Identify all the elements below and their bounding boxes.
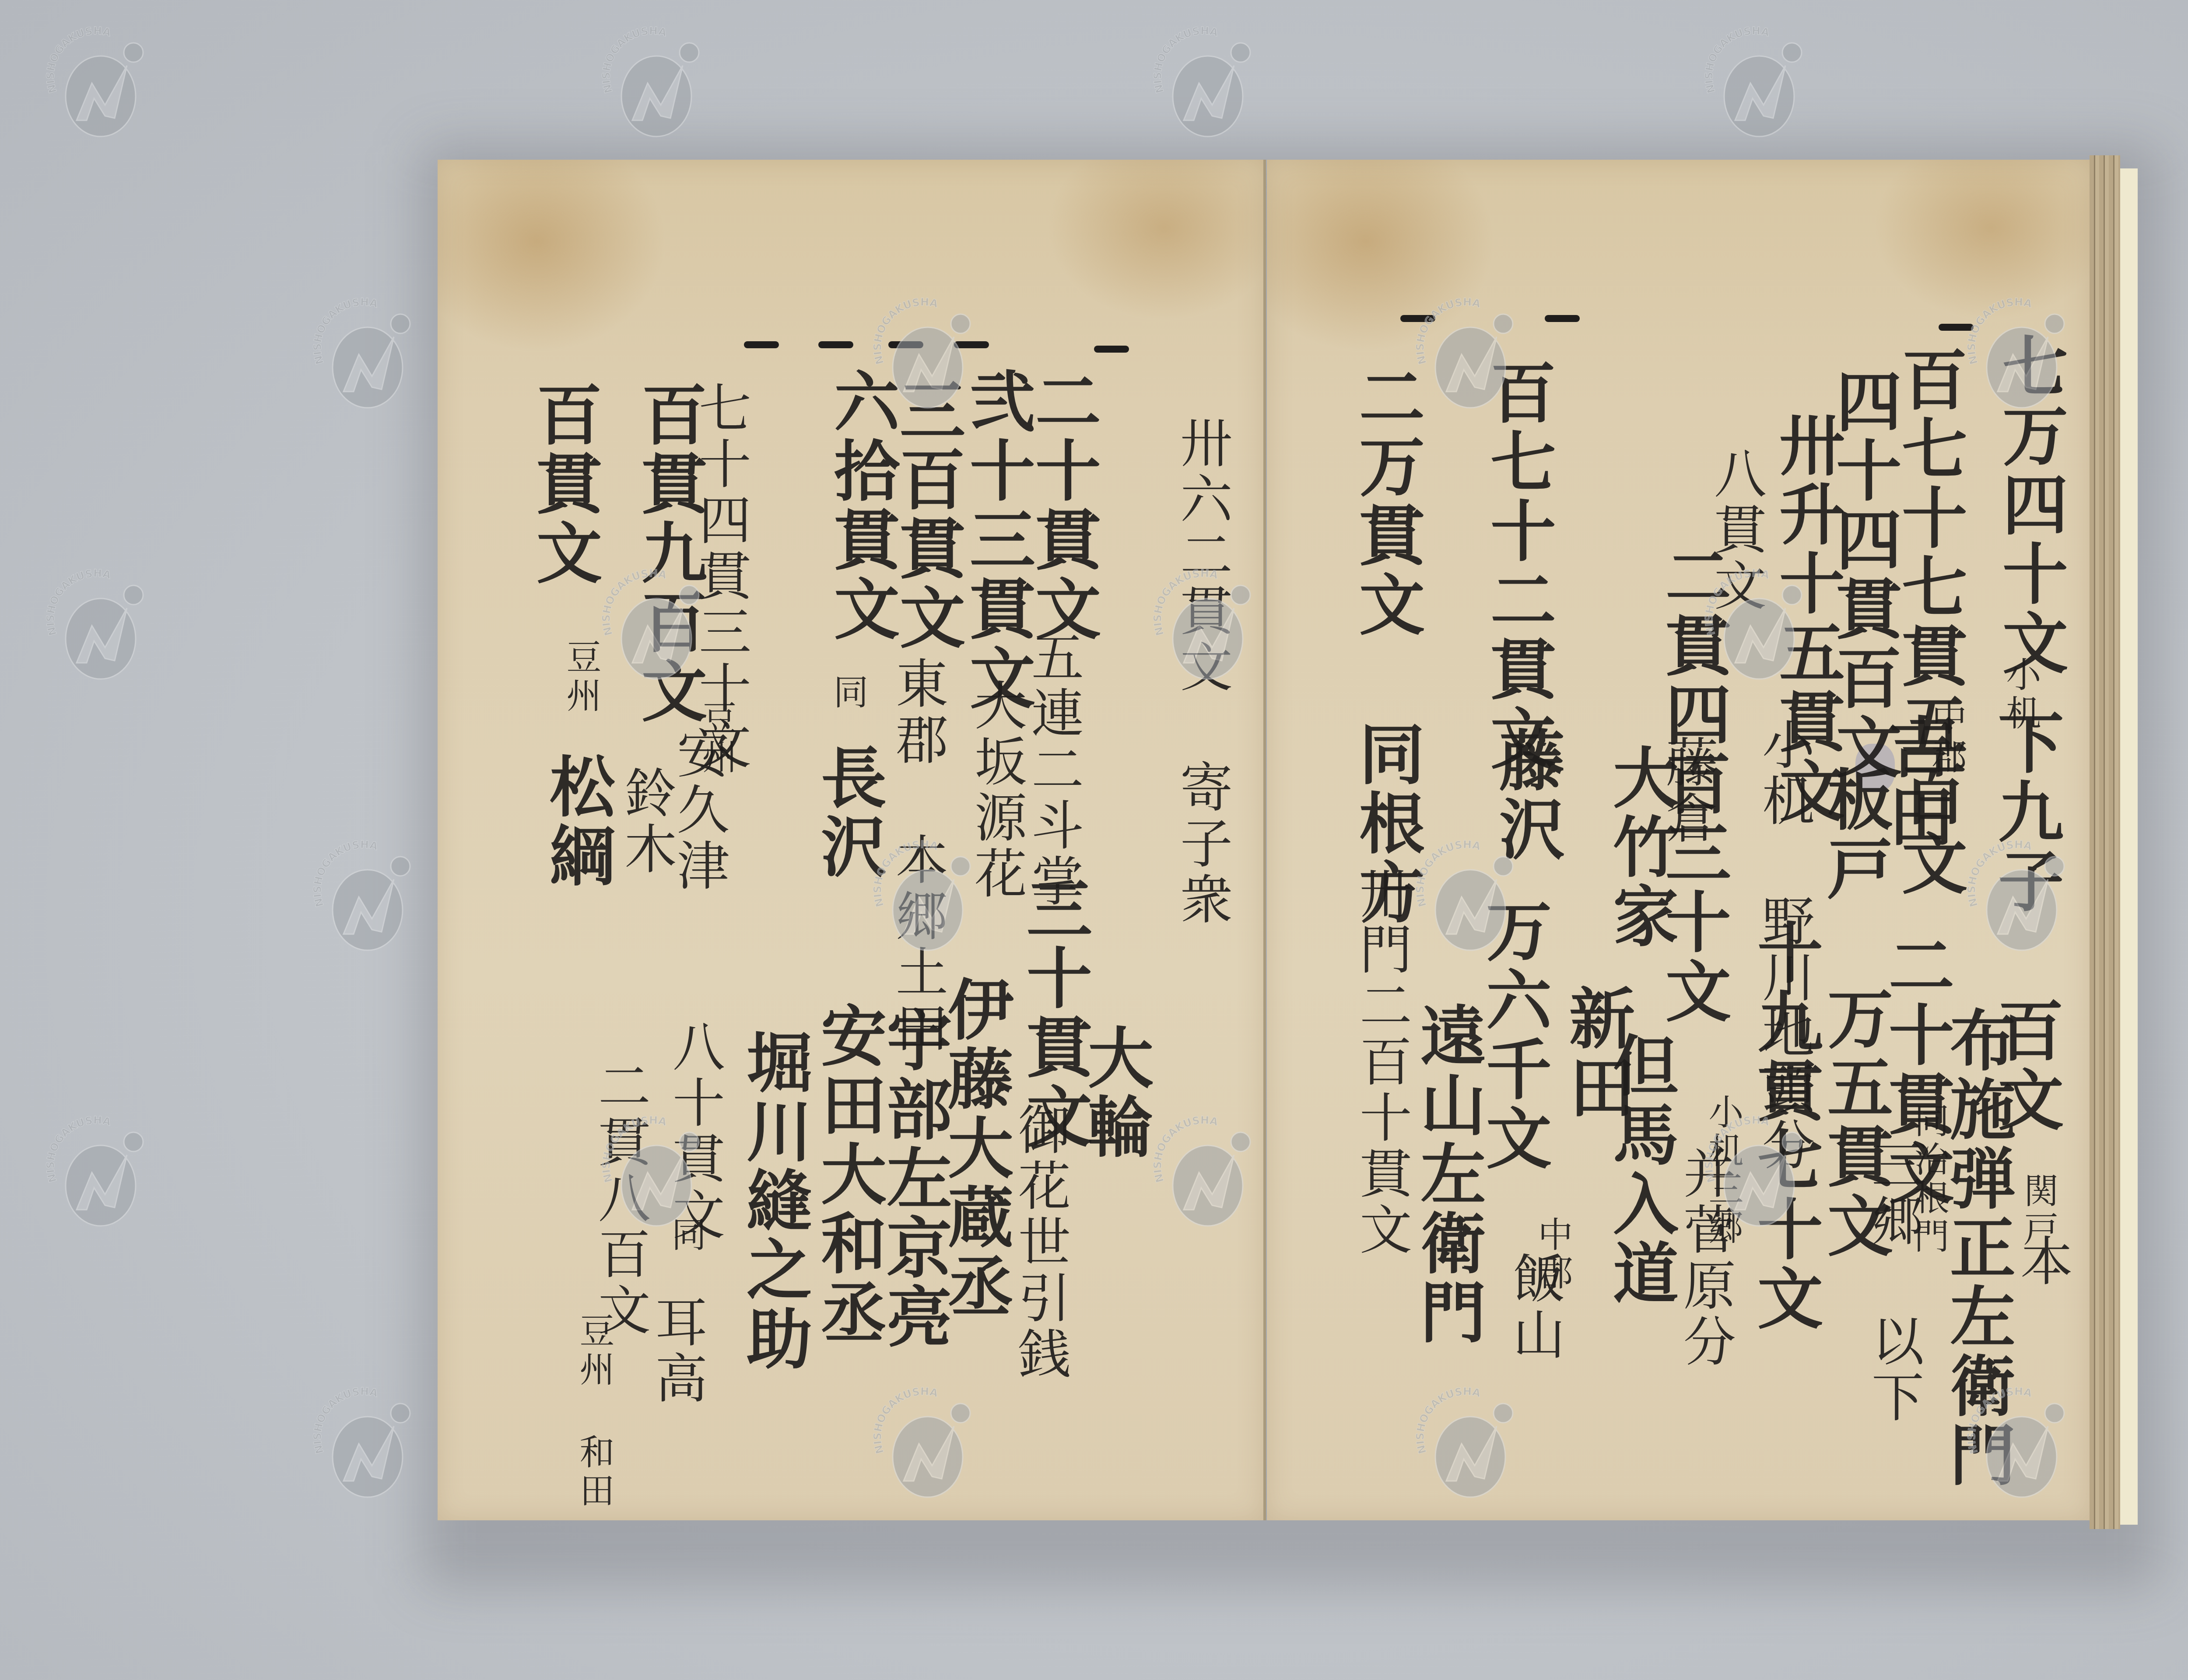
endpaper (2120, 168, 2138, 1525)
left-page-text-column: 堀川縫之助 (726, 1028, 821, 1374)
right-page-text-column: 新田 (1549, 984, 1644, 1123)
right-page-text-column: 百七十二貫文 (1470, 359, 1565, 773)
left-page-text-column: 同 (661, 1216, 711, 1255)
item-mark-hitotsu (1094, 346, 1129, 353)
nishogakusha-watermark-icon: NISHOGAKUSHA (306, 840, 420, 954)
svg-text:NISHOGAKUSHA: NISHOGAKUSHA (600, 26, 668, 94)
item-mark-hitotsu (1400, 315, 1435, 322)
svg-text:NISHOGAKUSHA: NISHOGAKUSHA (311, 297, 379, 366)
left-page-text-column: 二貫八百文 (582, 1059, 657, 1339)
page-fore-edge (2090, 155, 2120, 1529)
left-page-text-column: 松綱 (529, 752, 624, 891)
right-page-text-column: 飯山 (1497, 1251, 1572, 1363)
nishogakusha-watermark-icon: NISHOGAKUSHA (1698, 26, 1812, 140)
svg-text:NISHOGAKUSHA: NISHOGAKUSHA (44, 569, 112, 637)
nishogakusha-watermark-icon: NISHOGAKUSHA (39, 26, 153, 140)
item-mark-hitotsu (744, 341, 779, 348)
left-page-text-column: 豆州 和田 (569, 1312, 619, 1511)
svg-text:NISHOGAKUSHA: NISHOGAKUSHA (311, 1387, 379, 1455)
nishogakusha-watermark-icon: NISHOGAKUSHA (39, 1116, 153, 1229)
nishogakusha-watermark-icon: NISHOGAKUSHA (1147, 26, 1260, 140)
left-page-text-column: 同 (823, 674, 873, 712)
right-page-text-column: 十九貫七十文 (1737, 919, 1832, 1333)
left-page-text-column: 八十貫文 (656, 1019, 732, 1243)
svg-text:NISHOGAKUSHA: NISHOGAKUSHA (311, 840, 379, 908)
left-page-text-column: 豆州 (556, 639, 606, 716)
left-page-text-column: 卅六二貫文 寄子衆 (1164, 416, 1239, 928)
right-page-text-column: 二万貫文 同根方 (1339, 363, 1434, 927)
svg-text:NISHOGAKUSHA: NISHOGAKUSHA (44, 26, 112, 94)
nishogakusha-watermark-icon: NISHOGAKUSHA (39, 569, 153, 682)
left-page-text-column: 大坂源花 (958, 678, 1034, 902)
left-page-text-column: 百貫文 (516, 381, 611, 588)
right-page-text-column: 藤沢 (1479, 726, 1574, 864)
photo-scene: 七万四十文小机下九子 百文関戸本布施弾正左衛門同治根門百七十七貫五百文中郡吉田 … (0, 0, 2188, 1680)
svg-text:NISHOGAKUSHA: NISHOGAKUSHA (1151, 26, 1219, 94)
svg-text:NISHOGAKUSHA: NISHOGAKUSHA (1703, 26, 1771, 94)
right-page-text-column: 卅門二百十貫文 (1343, 866, 1419, 1258)
left-page-text-column: 百貫九百文 (621, 381, 716, 726)
svg-text:NISHOGAKUSHA: NISHOGAKUSHA (44, 1116, 112, 1184)
item-mark-hitotsu (818, 341, 853, 348)
nishogakusha-watermark-icon: NISHOGAKUSHA (595, 26, 709, 140)
right-page-text-column: 七万四十文 (1982, 332, 2077, 678)
left-page-text-column: 長沢 (801, 744, 895, 882)
item-mark-hitotsu (888, 341, 923, 348)
nishogakusha-watermark-icon: NISHOGAKUSHA (306, 297, 420, 411)
nishogakusha-watermark-icon: NISHOGAKUSHA (306, 1387, 420, 1501)
item-mark-hitotsu (954, 341, 989, 348)
left-page-text-column: 六拾貫文 (814, 367, 908, 644)
item-mark-hitotsu (1939, 324, 1974, 331)
item-mark-hitotsu (1545, 315, 1580, 322)
